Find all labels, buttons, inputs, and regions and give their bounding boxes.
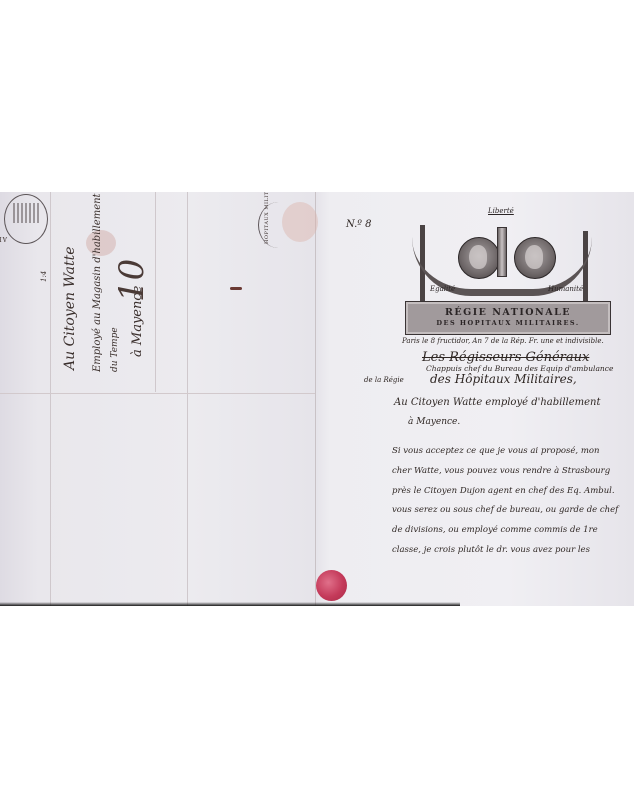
motto-egalite: Egalité: [430, 285, 455, 293]
body-line: classe, je crois plutôt le dr. vous avez…: [392, 545, 590, 555]
body-line: vous serez ou sous chef de bureau, ou ga…: [392, 505, 618, 515]
fold-line: [155, 192, 156, 392]
column-ornament: [497, 227, 507, 277]
profile-head: [525, 245, 543, 269]
title-cartouche: RÉGIE NATIONALE DES HOPITAUX MILITAIRES.: [405, 301, 611, 335]
title-line-1: RÉGIE NATIONALE: [406, 307, 610, 318]
postmark-stamp: [4, 194, 48, 244]
letter-number: N.º 8: [346, 219, 372, 230]
motto-humanite: Humanité: [548, 285, 583, 293]
recipient-line-2: à Mayence.: [408, 417, 460, 427]
medallion-right: [514, 237, 556, 279]
profile-head: [469, 245, 487, 269]
sender-prefix: de la Régie: [364, 376, 404, 384]
title-line-2: DES HOPITAUX MILITAIRES.: [406, 319, 610, 327]
ink-mark: [230, 287, 242, 290]
sender-line-2: des Hôpitaux Militaires,: [430, 372, 577, 386]
fold-line: [0, 393, 315, 394]
postage-mark: 10: [112, 259, 152, 302]
letterhead-engraving: Liberté Egalité Humanité RÉGIE NATIONALE…: [400, 195, 610, 340]
medallion-left: [458, 237, 500, 279]
address-line-1: Au Citoyen Watte: [62, 246, 78, 370]
sender-struck: Les Régisseurs Généraux: [422, 350, 589, 365]
motto-liberte: Liberté: [488, 207, 514, 215]
building-engraving: [13, 203, 39, 223]
fold-line: [187, 192, 188, 606]
body-line: de divisions, ou employé comme commis de…: [392, 525, 598, 535]
body-line: cher Watte, vous pouvez vous rendre à St…: [392, 466, 610, 476]
recipient-line-1: Au Citoyen Watte employé d'habillement: [394, 397, 601, 408]
page-marker: 1:4: [40, 271, 48, 282]
date-line: Paris le 8 fructidor, An 7 de la Rép. Fr…: [402, 337, 604, 345]
body-line: Si vous acceptez ce que je vous ai propo…: [392, 446, 599, 456]
center-fold-line: [315, 192, 316, 606]
address-line-2: Employé au Magasin d'habillement: [92, 193, 103, 372]
body-line: près le Citoyen Dujon agent en chef des …: [392, 486, 615, 496]
wax-seal: [316, 570, 347, 601]
hospital-stamp-text: HOPITAUX MILIT.: [264, 192, 270, 244]
postmark-text: ARMÉE: [0, 235, 7, 242]
fold-line: [50, 192, 51, 606]
page-shadow: [0, 602, 460, 606]
address-line-3: du Tempe: [110, 327, 120, 372]
